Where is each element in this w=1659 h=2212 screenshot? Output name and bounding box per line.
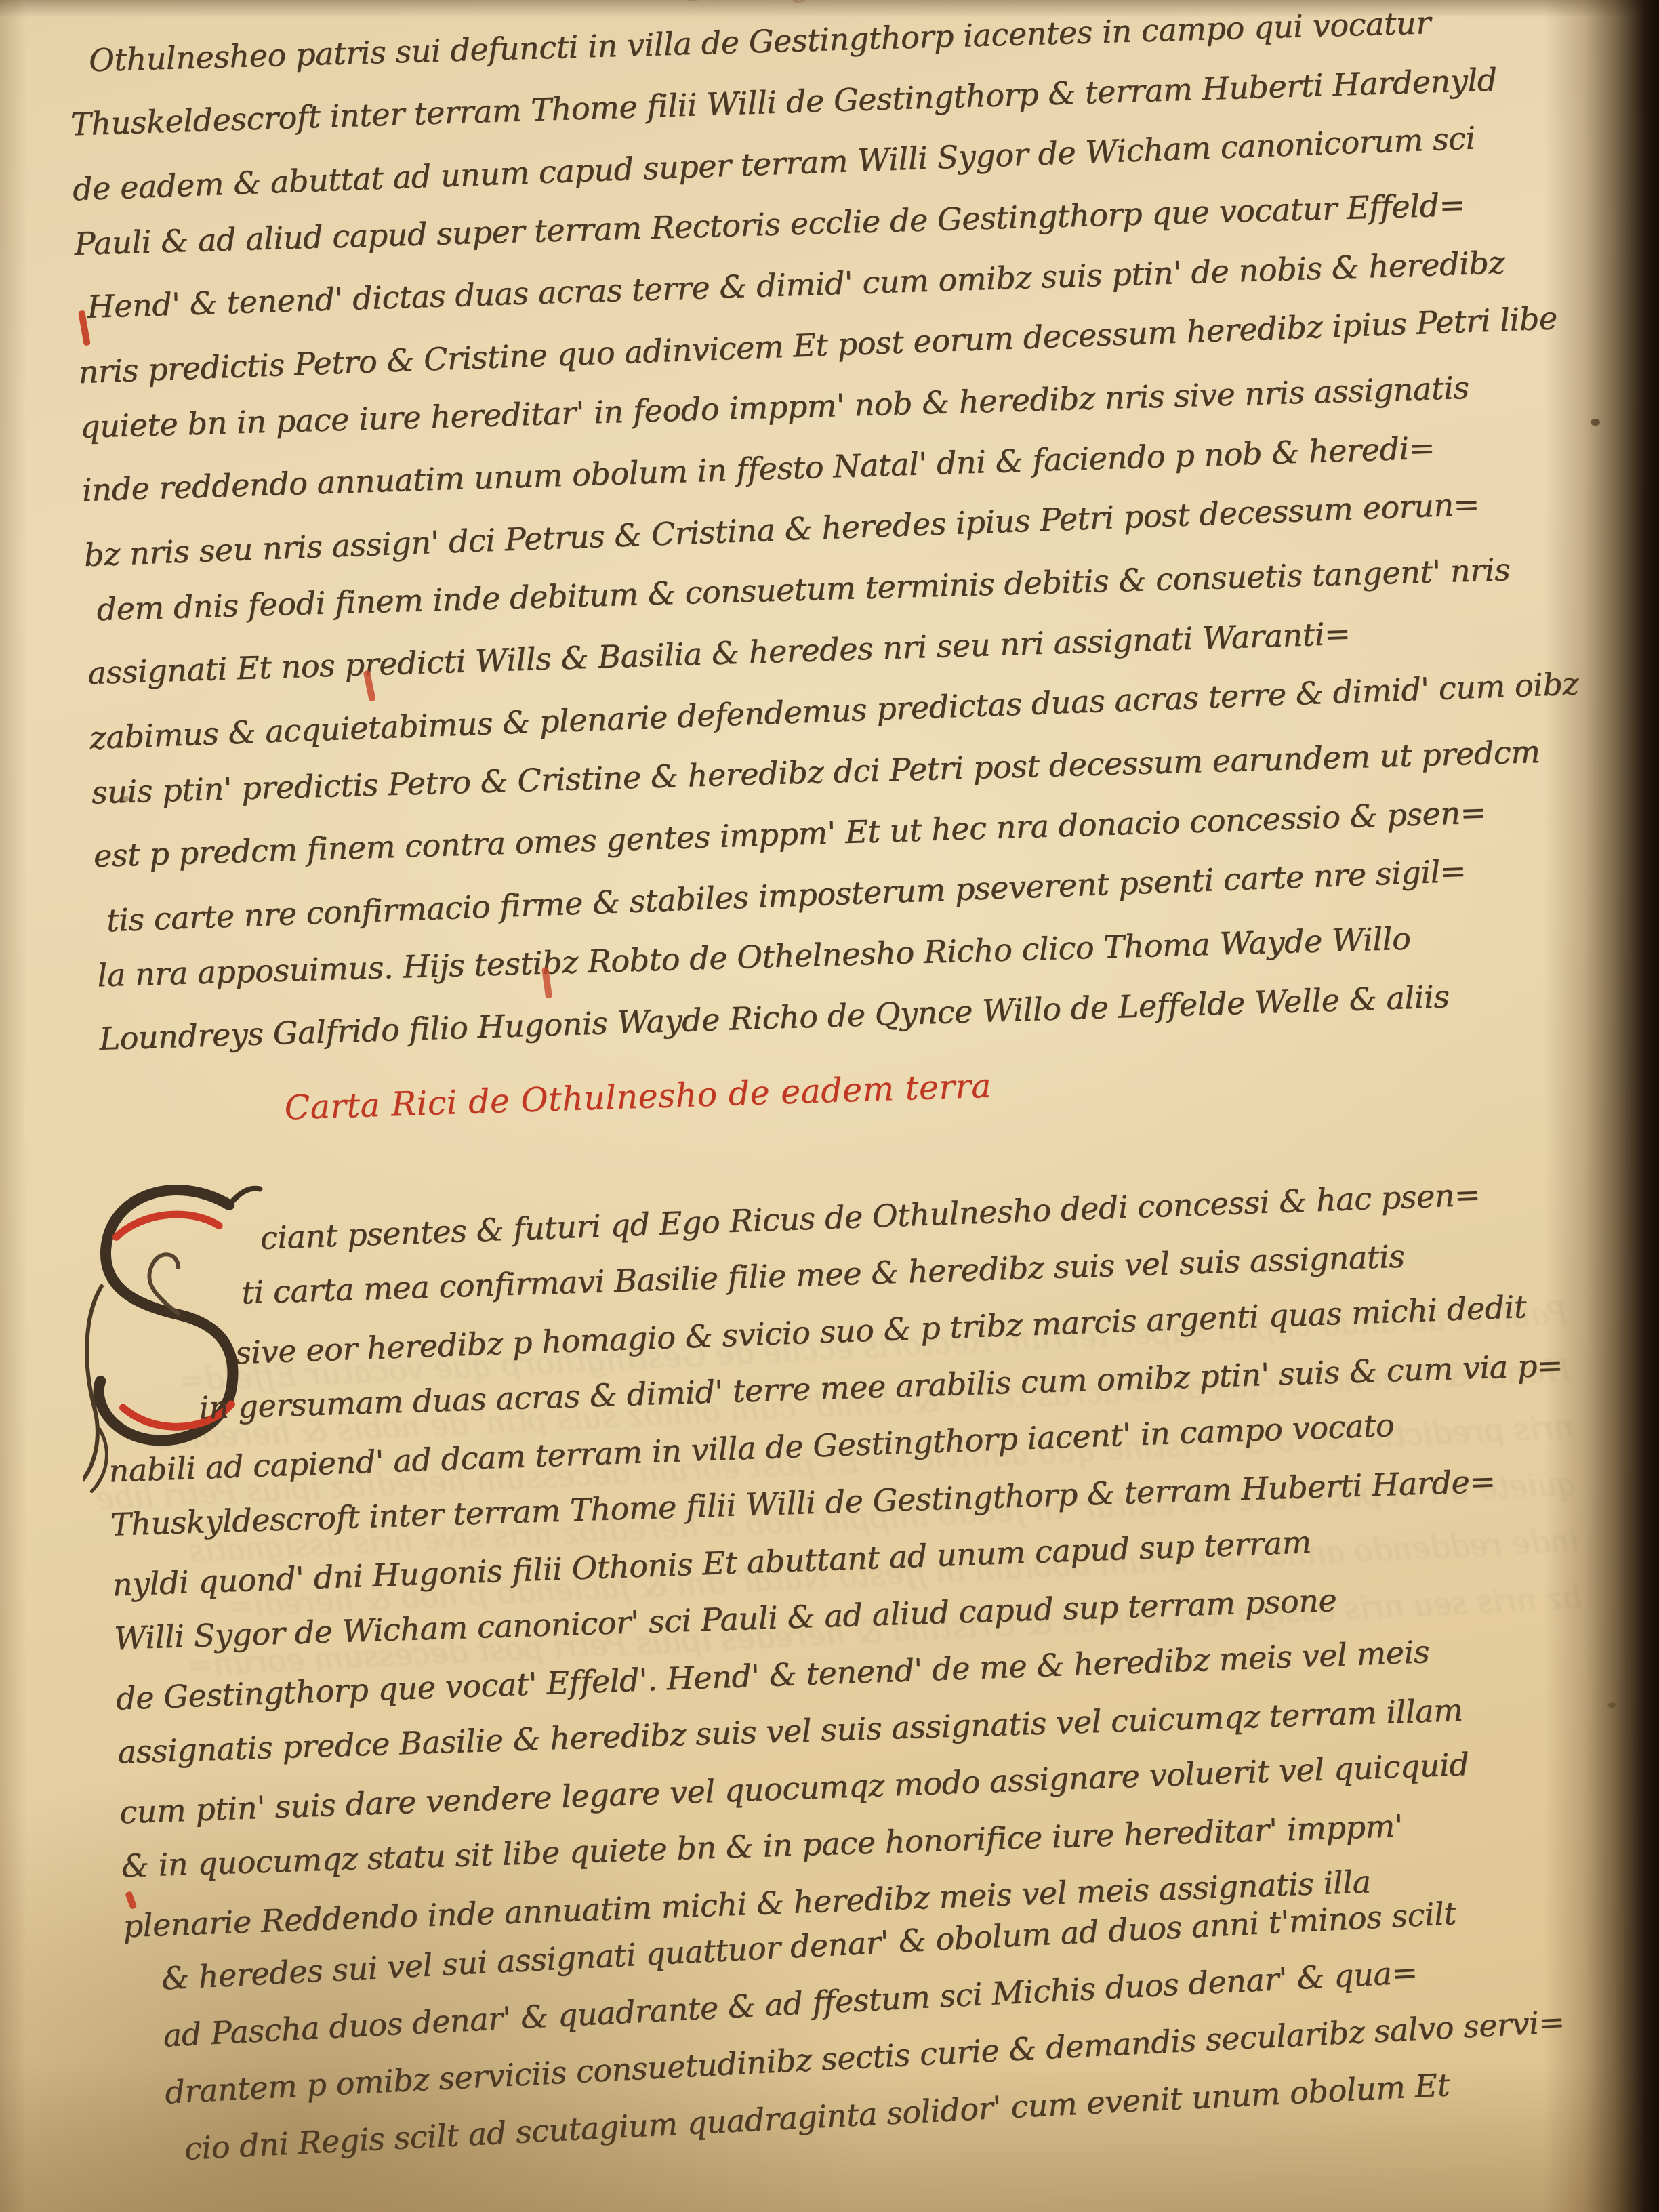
page-edge-shadow-left — [0, 0, 27, 2212]
manuscript-page: Gestingthorp Pauli & ad aliud capud supe… — [0, 0, 1659, 2212]
page-edge-shadow-top — [0, 0, 1659, 18]
book-gutter-shadow — [1544, 0, 1659, 2212]
page-vignette — [0, 2063, 1659, 2212]
charter-two-text-block: ciant psentes & futuri qd Ego Ricus de O… — [35, 1164, 1651, 2181]
parchment-sheet: Gestingthorp Pauli & ad aliud capud supe… — [0, 0, 1659, 2212]
rubric-heading: Carta Rici de Othulnesho de eadem terra — [284, 1067, 992, 1128]
charter-one-text-block: Othulnesheo patris sui defuncti in villa… — [0, 0, 1616, 1071]
